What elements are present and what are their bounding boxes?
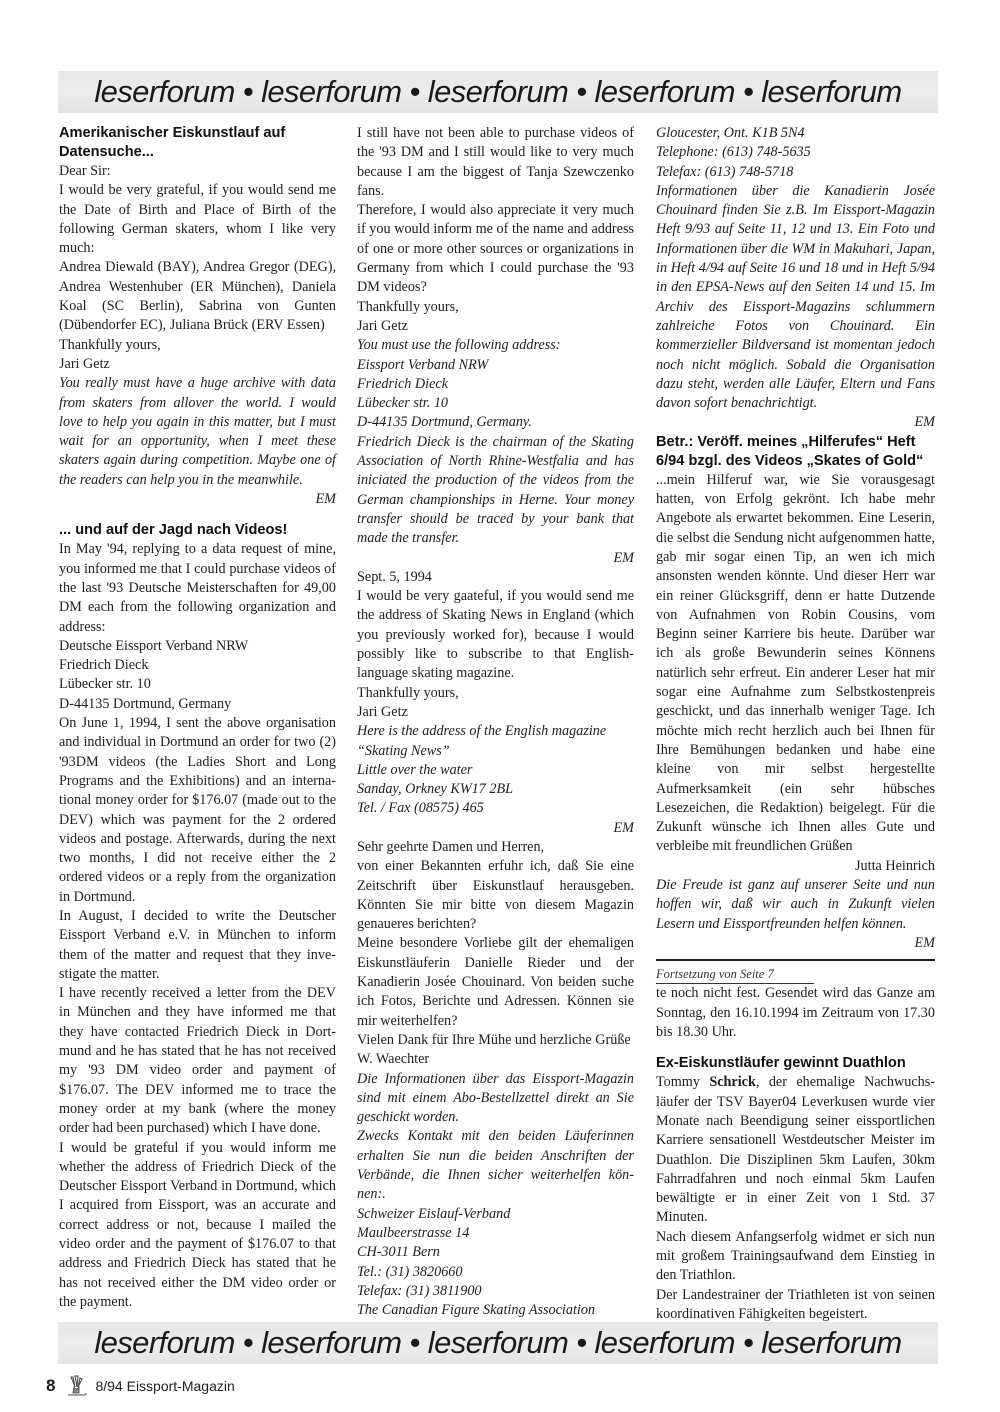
editor-reply: Informationen über die Kanadierin Josée … xyxy=(656,182,935,414)
letter-paragraph: I would be very gaateful, if you would s… xyxy=(357,587,634,683)
closing: Thankfully yours, xyxy=(357,684,634,703)
address-line: Sanday, Orkney KW17 2BL xyxy=(357,780,634,799)
editor-sign: EM xyxy=(357,819,634,838)
page-number: 8 xyxy=(46,1376,55,1396)
address-line: CH-3011 Bern xyxy=(357,1243,634,1262)
address-line: Lübecker str. 10 xyxy=(357,394,634,413)
banner-text: leserforum • leserforum • leserforum • l… xyxy=(94,74,901,110)
skater-logo-icon xyxy=(63,1373,89,1399)
letter-paragraph: Therefore, I would also appreciate it ve… xyxy=(357,201,634,297)
closing: Vielen Dank für Ihre Mühe und herzliche … xyxy=(357,1031,634,1050)
address-line: Gloucester, Ont. K1B 5N4 xyxy=(656,124,935,143)
address-line: Little over the water xyxy=(357,761,634,780)
address-line: D-44135 Dortmund, Germany. xyxy=(357,413,634,432)
address-line: D-44135 Dortmund, Germany xyxy=(59,695,336,714)
phone-line: Tel.: (31) 3820660 xyxy=(357,1263,634,1282)
address-line: Friedrich Dieck xyxy=(357,375,634,394)
address-line: Friedrich Dieck xyxy=(59,656,336,675)
letter-date: Sept. 5, 1994 xyxy=(357,568,634,587)
salutation: Sehr geehrte Damen und Herren, xyxy=(357,838,634,857)
signature: Jutta Heinrich xyxy=(656,857,935,876)
column-2: I still have not been able to purchase v… xyxy=(357,124,634,1340)
divider xyxy=(656,959,935,961)
editor-sign: EM xyxy=(357,549,634,568)
address-line: The Canadian Figure Skating Association xyxy=(357,1301,634,1320)
continuation-text: te noch nicht fest. Gesendet wird das Ga… xyxy=(656,984,935,1042)
continuation-label: Fortsetzung von Seite 7 xyxy=(656,966,814,984)
magazine-name: “Skating News” xyxy=(357,742,634,761)
editor-reply: Here is the address of the English magaz… xyxy=(357,722,634,741)
editor-reply: Friedrich Dieck is the chairman of the S… xyxy=(357,433,634,549)
banner-text: leserforum • leserforum • leserforum • l… xyxy=(94,1325,901,1361)
signature: Jari Getz xyxy=(357,317,634,336)
column-1: Amerikanischer Eiskunstlauf auf Datensuc… xyxy=(59,124,336,1312)
address-line: Maulbeerstrasse 14 xyxy=(357,1224,634,1243)
closing: Thankfully yours, xyxy=(59,336,336,355)
footer-banner: leserforum • leserforum • leserforum • l… xyxy=(58,1322,938,1364)
address-line: Deutsche Eissport Verband NRW xyxy=(59,637,336,656)
address-line: Schweizer Eislauf-Verband xyxy=(357,1205,634,1224)
letter-paragraph: Andrea Diewald (BAY), Andrea Gregor (DEG… xyxy=(59,258,336,335)
fax-line: Telefax: (31) 3811900 xyxy=(357,1282,634,1301)
page-footer: 8 8/94 Eissport-Magazin xyxy=(46,1373,235,1399)
editor-sign: EM xyxy=(59,490,336,509)
closing: Thankfully yours, xyxy=(357,298,634,317)
editor-reply: You must use the following address: xyxy=(357,336,634,355)
athlete-name: Schrick xyxy=(709,1074,756,1090)
letter-paragraph: In May '94, replying to a data request o… xyxy=(59,540,336,636)
letter-paragraph: In August, I decided to write the Deutsc… xyxy=(59,907,336,984)
signature: Jari Getz xyxy=(59,355,336,374)
editor-sign: EM xyxy=(656,934,935,953)
article-paragraph: Der Landestrainer der Triathleten ist vo… xyxy=(656,1286,935,1325)
letter-paragraph: I would be grateful if you would inform … xyxy=(59,1139,336,1313)
salutation: Dear Sir: xyxy=(59,162,336,181)
editor-reply: You really must have a huge archive with… xyxy=(59,374,336,490)
editor-reply: Die Informationen über das Eissport-Maga… xyxy=(357,1070,634,1128)
letter-paragraph: Meine besondere Vorliebe gilt der ehemal… xyxy=(357,934,634,1030)
article-paragraph: Nach diesem Anfangserfolg widmet er sich… xyxy=(656,1228,935,1286)
editor-sign: EM xyxy=(656,413,935,432)
letter-paragraph: von einer Bekannten erfuhr ich, daß Sie … xyxy=(357,857,634,934)
article-heading: Ex-Eiskunstläufer gewinnt Duathlon xyxy=(656,1054,935,1073)
phone-line: Tel. / Fax (08575) 465 xyxy=(357,799,634,818)
name-prefix: Tommy xyxy=(656,1074,709,1090)
letter-paragraph: I would be very grateful, if you would s… xyxy=(59,181,336,258)
editor-reply: Die Freude ist ganz auf unserer Seite un… xyxy=(656,876,935,934)
address-line: Lübecker str. 10 xyxy=(59,675,336,694)
column-3: Gloucester, Ont. K1B 5N4 Telephone: (613… xyxy=(656,124,935,1346)
fax-line: Telefax: (613) 748-5718 xyxy=(656,163,935,182)
article-heading: ... und auf der Jagd nach Videos! xyxy=(59,521,336,540)
letter-paragraph: ...mein Hilferuf war, wie Sie vorausgesa… xyxy=(656,471,935,857)
header-banner: leserforum • leserforum • leserforum • l… xyxy=(58,71,938,113)
signature: W. Waechter xyxy=(357,1050,634,1069)
phone-line: Telephone: (613) 748-5635 xyxy=(656,143,935,162)
article-heading: Amerikanischer Eiskunstlauf auf Datensuc… xyxy=(59,124,336,162)
editor-reply: Zwecks Kontakt mit den beiden Läuferinne… xyxy=(357,1127,634,1204)
letter-paragraph: I still have not been able to purchase v… xyxy=(357,124,634,201)
issue-label: 8/94 Eissport-Magazin xyxy=(95,1378,234,1394)
paragraph-text: , der ehemalige Nachwuchs­läufer der TSV… xyxy=(656,1074,935,1225)
article-heading: Betr.: Veröff. meines „Hilferufes“ Heft … xyxy=(656,433,935,471)
letter-paragraph: On June 1, 1994, I sent the above organi… xyxy=(59,714,336,907)
address-line: Eissport Verband NRW xyxy=(357,356,634,375)
letter-paragraph: I have recently received a letter from t… xyxy=(59,984,336,1138)
signature: Jari Getz xyxy=(357,703,634,722)
article-paragraph: Tommy Schrick, der ehemalige Nachwuchs­l… xyxy=(656,1073,935,1227)
